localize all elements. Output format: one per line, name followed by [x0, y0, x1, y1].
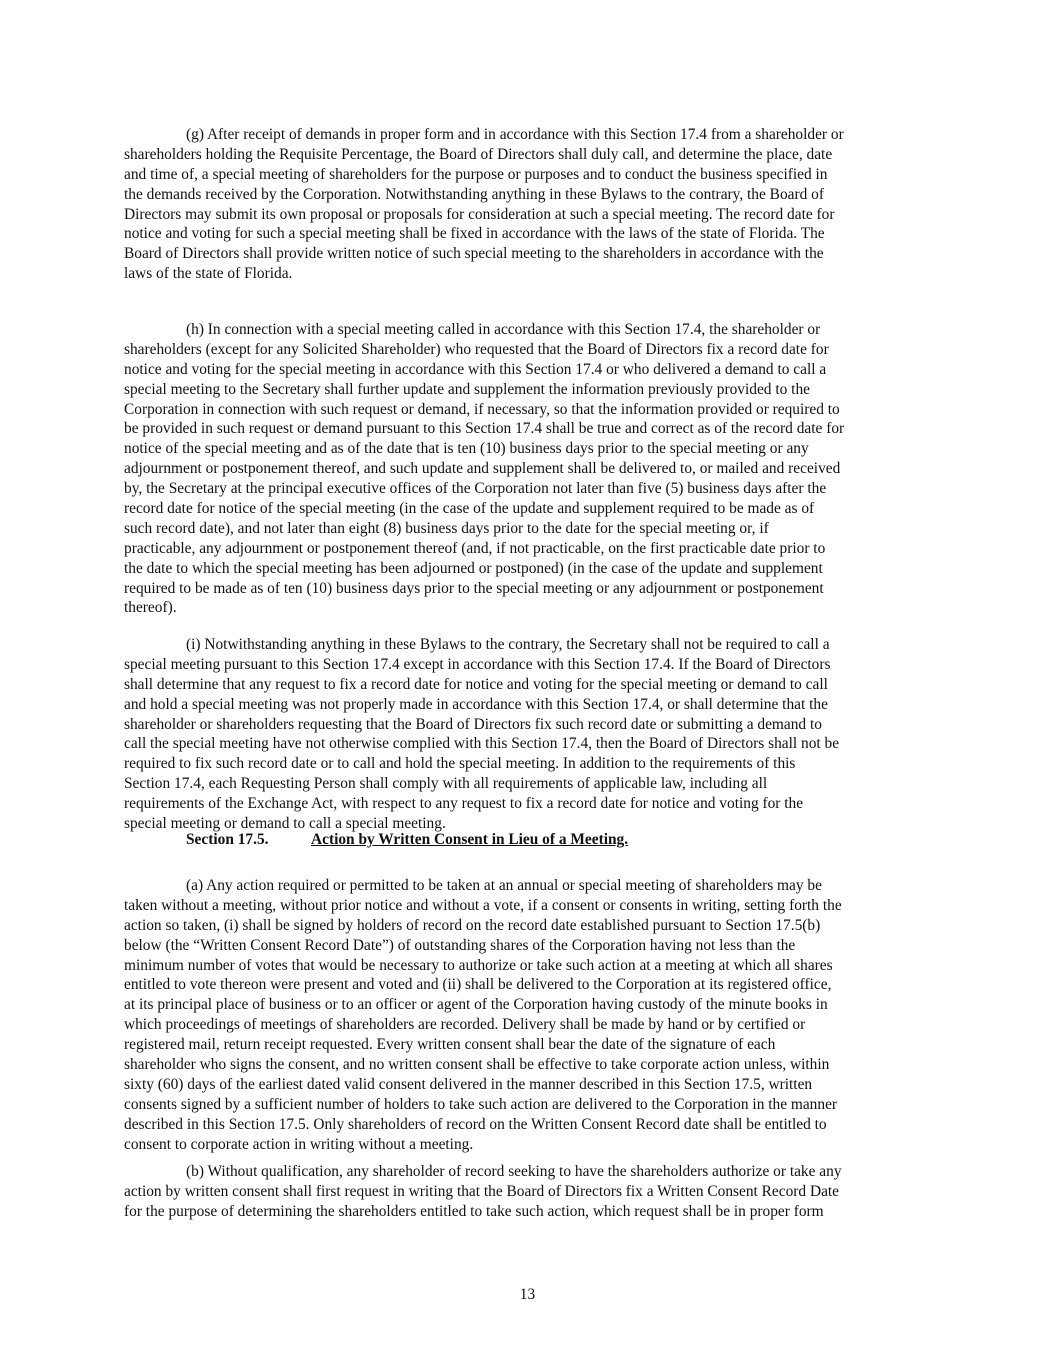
text-line: (b) Without qualification, any sharehold…	[124, 1162, 936, 1182]
text-line: consents signed by a sufficient number o…	[124, 1095, 936, 1115]
text-line: laws of the state of Florida.	[124, 264, 936, 284]
text-line: (g) After receipt of demands in proper f…	[124, 125, 936, 145]
text-line: shareholder or shareholders requesting t…	[124, 715, 936, 735]
text-line: be provided in such request or demand pu…	[124, 419, 936, 439]
text-line: special meeting to the Secretary shall f…	[124, 380, 936, 400]
text-line: the date to which the special meeting ha…	[124, 559, 936, 579]
paragraph-i: (i) Notwithstanding anything in these By…	[124, 635, 936, 834]
text-line: consent to corporate action in writing w…	[124, 1135, 936, 1155]
paragraph-b: (b) Without qualification, any sharehold…	[124, 1162, 936, 1222]
text-line: requirements of the Exchange Act, with r…	[124, 794, 936, 814]
text-line: notice and voting for the special meetin…	[124, 360, 936, 380]
text-line: call the special meeting have not otherw…	[124, 734, 936, 754]
text-line: action so taken, (i) shall be signed by …	[124, 916, 936, 936]
text-line: Directors may submit its own proposal or…	[124, 205, 936, 225]
text-line: Section 17.4, each Requesting Person sha…	[124, 774, 936, 794]
paragraph-h: (h) In connection with a special meeting…	[124, 320, 936, 618]
text-line: shareholder who signs the consent, and n…	[124, 1055, 936, 1075]
text-line: notice of the special meeting and as of …	[124, 439, 936, 459]
text-line: Corporation in connection with such requ…	[124, 400, 936, 420]
text-line: shall determine that any request to fix …	[124, 675, 936, 695]
text-line: for the purpose of determining the share…	[124, 1202, 936, 1222]
text-line: (i) Notwithstanding anything in these By…	[124, 635, 936, 655]
section-heading: Section 17.5.Action by Written Consent i…	[186, 830, 628, 850]
text-line: by, the Secretary at the principal execu…	[124, 479, 936, 499]
text-line: (h) In connection with a special meeting…	[124, 320, 936, 340]
text-line: (a) Any action required or permitted to …	[124, 876, 936, 896]
text-line: action by written consent shall first re…	[124, 1182, 936, 1202]
page-number: 13	[0, 1285, 1055, 1305]
text-line: and hold a special meeting was not prope…	[124, 695, 936, 715]
text-line: shareholders holding the Requisite Perce…	[124, 145, 936, 165]
text-line: record date for notice of the special me…	[124, 499, 936, 519]
text-line: shareholders (except for any Solicited S…	[124, 340, 936, 360]
text-line: adjournment or postponement thereof, and…	[124, 459, 936, 479]
text-line: required to fix such record date or to c…	[124, 754, 936, 774]
text-line: sixty (60) days of the earliest dated va…	[124, 1075, 936, 1095]
text-line: Board of Directors shall provide written…	[124, 244, 936, 264]
paragraph-a: (a) Any action required or permitted to …	[124, 876, 936, 1154]
text-line: thereof).	[124, 598, 936, 618]
text-line: which proceedings of meetings of shareho…	[124, 1015, 936, 1035]
section-title: Action by Written Consent in Lieu of a M…	[311, 831, 628, 848]
text-line: required to be made as of ten (10) busin…	[124, 579, 936, 599]
text-line: and time of, a special meeting of shareh…	[124, 165, 936, 185]
section-number: Section 17.5.	[186, 830, 311, 850]
text-line: such record date), and not later than ei…	[124, 519, 936, 539]
text-line: special meeting pursuant to this Section…	[124, 655, 936, 675]
text-line: entitled to vote thereon were present an…	[124, 975, 936, 995]
text-line: registered mail, return receipt requeste…	[124, 1035, 936, 1055]
text-line: described in this Section 17.5. Only sha…	[124, 1115, 936, 1135]
document-page: (g) After receipt of demands in proper f…	[0, 0, 1055, 1365]
paragraph-g: (g) After receipt of demands in proper f…	[124, 125, 936, 284]
text-line: minimum number of votes that would be ne…	[124, 956, 936, 976]
text-line: at its principal place of business or to…	[124, 995, 936, 1015]
text-line: below (the “Written Consent Record Date”…	[124, 936, 936, 956]
text-line: practicable, any adjournment or postpone…	[124, 539, 936, 559]
text-line: notice and voting for such a special mee…	[124, 224, 936, 244]
text-line: the demands received by the Corporation.…	[124, 185, 936, 205]
text-line: taken without a meeting, without prior n…	[124, 896, 936, 916]
